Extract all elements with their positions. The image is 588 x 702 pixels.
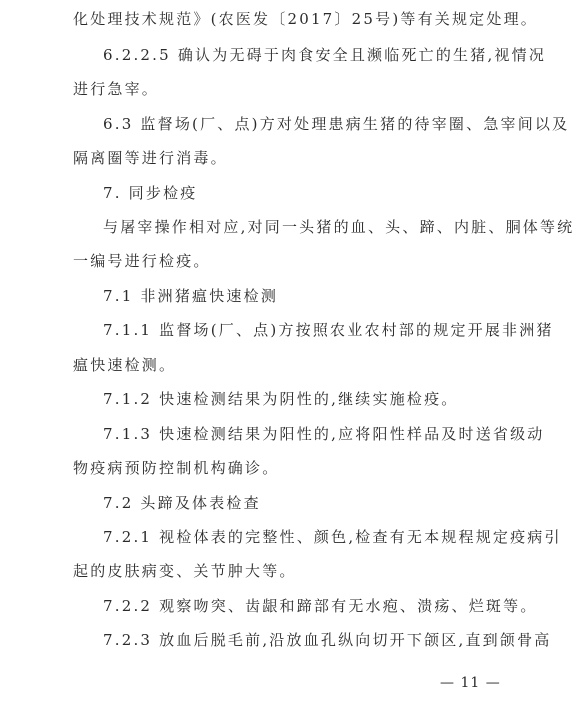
text-line: 一编号进行检疫。	[73, 251, 511, 271]
section-7-1-2: 7.1.2 快速检测结果为阴性的,继续实施检疫。	[103, 389, 511, 409]
heading-7-1: 7.1 非洲猪瘟快速检测	[103, 286, 511, 306]
heading-7: 7. 同步检疫	[103, 183, 511, 203]
section-6-3: 6.3 监督场(厂、点)方对处理患病生猪的待宰圈、急宰间以及	[103, 114, 511, 134]
section-6-2-2-5: 6.2.2.5 确认为无碍于肉食安全且濒临死亡的生猪,视情况	[103, 45, 511, 65]
section-7-1-3: 7.1.3 快速检测结果为阳性的,应将阳性样品及时送省级动	[103, 424, 511, 444]
text-line: 与屠宰操作相对应,对同一头猪的血、头、蹄、内脏、胴体等统	[103, 217, 511, 237]
text-line: 隔离圈等进行消毒。	[73, 148, 511, 168]
text-line: 物疫病预防控制机构确诊。	[73, 458, 511, 478]
page-number: — 11 —	[440, 674, 501, 692]
text-line: 化处理技术规范》(农医发〔2017〕25号)等有关规定处理。	[73, 9, 511, 29]
section-7-1-1: 7.1.1 监督场(厂、点)方按照农业农村部的规定开展非洲猪	[103, 320, 511, 340]
heading-7-2: 7.2 头蹄及体表检查	[103, 493, 511, 513]
text-line: 瘟快速检测。	[73, 355, 511, 375]
text-line: 进行急宰。	[73, 79, 511, 99]
section-7-2-3: 7.2.3 放血后脱毛前,沿放血孔纵向切开下颌区,直到颌骨高	[103, 630, 511, 650]
text-line: 起的皮肤病变、关节肿大等。	[73, 561, 511, 581]
section-7-2-1: 7.2.1 视检体表的完整性、颜色,检查有无本规程规定疫病引	[103, 527, 511, 547]
section-7-2-2: 7.2.2 观察吻突、齿龈和蹄部有无水疱、溃疡、烂斑等。	[103, 596, 511, 616]
